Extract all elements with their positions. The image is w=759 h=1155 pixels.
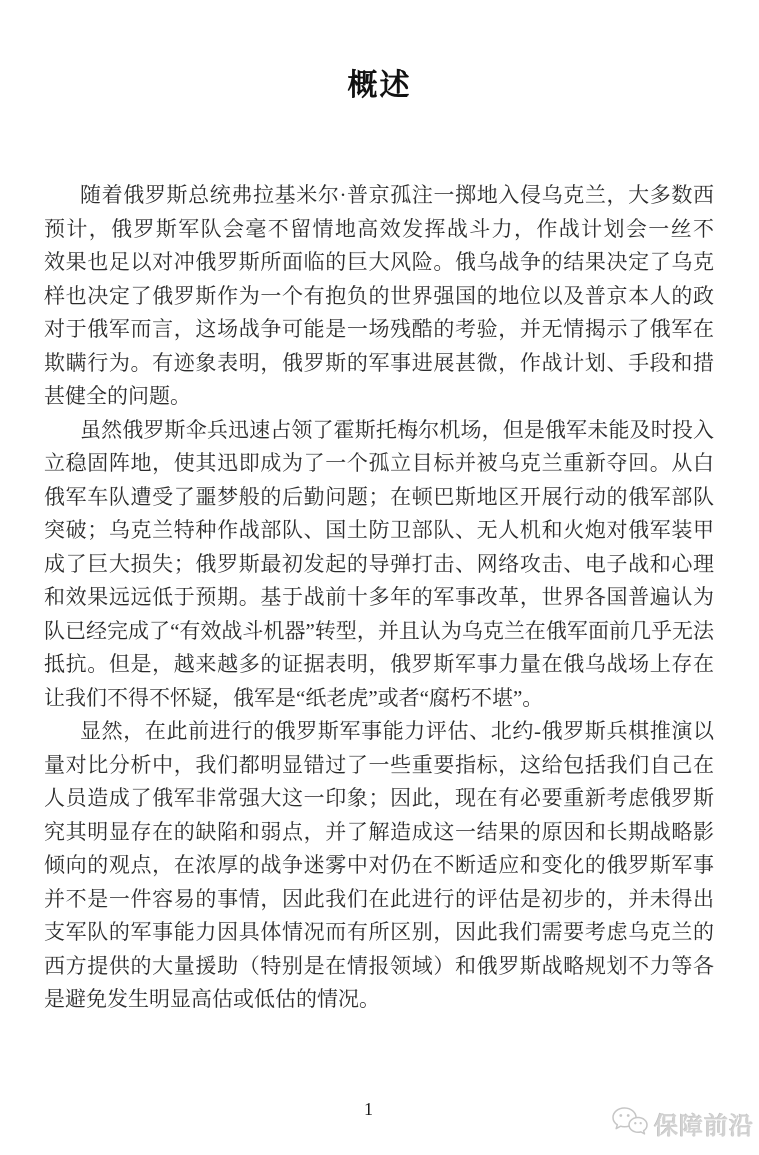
paragraph-line: 随着俄罗斯总统弗拉基米尔·普京孤注一掷地入侵乌克兰，大多数西方分析人士 — [44, 179, 714, 213]
watermark-label: 保障前沿 — [654, 1106, 754, 1141]
document-page: 概述 随着俄罗斯总统弗拉基米尔·普京孤注一掷地入侵乌克兰，大多数西方分析人士 预… — [0, 0, 759, 1155]
paragraph-line: 俄军车队遭受了噩梦般的后勤问题；在顿巴斯地区开展行动的俄军部队未能形成有效 — [44, 481, 714, 515]
watermark: 保障前沿 — [611, 1105, 754, 1141]
paragraph-line: 人员造成了俄军非常强大这一印象；因此，现在有必要重新考虑俄罗斯军事能力，研 — [44, 782, 714, 816]
paragraph-line: 欺瞒行为。有迹象表明，俄罗斯的军事进展甚微，作战计划、手段和措施也都存在不 — [44, 347, 714, 381]
wechat-icon — [611, 1105, 649, 1141]
paragraph-line: 倾向的观点，在浓厚的战争迷雾中对仍在不断适应和变化的俄罗斯军事力量进行评估， — [44, 849, 714, 883]
paragraph-line: 量对比分析中，我们都明显错过了一些重要指标，这给包括我们自己在内的军事分析 — [44, 749, 714, 783]
paragraph-line: 显然，在此前进行的俄罗斯军事能力评估、北约-俄罗斯兵棋推演以及俄乌军事力 — [44, 715, 714, 749]
paragraph-line: 预计，俄罗斯军队会毫不留情地高效发挥战斗力，作战计划会一丝不苟，其军事行动 — [44, 213, 714, 247]
paragraph-line: 让我们不得不怀疑，俄军是“纸老虎”或者“腐朽不堪”。 — [44, 682, 714, 716]
paragraph-line: 效果也足以对冲俄罗斯所面临的巨大风险。俄乌战争的结果决定了乌克兰的未来，同 — [44, 246, 714, 280]
body-text: 随着俄罗斯总统弗拉基米尔·普京孤注一掷地入侵乌克兰，大多数西方分析人士 预计，俄… — [44, 179, 714, 1017]
paragraph-line: 甚健全的问题。 — [44, 380, 714, 414]
paragraph-line: 是避免发生明显高估或低估的情况。 — [44, 983, 714, 1017]
paragraph-line: 突破；乌克兰特种作战部队、国土防卫部队、无人机和火炮对俄军装甲和后勤部队造 — [44, 514, 714, 548]
paragraph-line: 并不是一件容易的事情，因此我们在此进行的评估是初步的，并未得出最终结论。一 — [44, 883, 714, 917]
paragraph-line: 虽然俄罗斯伞兵迅速占领了霍斯托梅尔机场，但是俄军未能及时投入后续兵力建 — [44, 414, 714, 448]
paragraph-line: 立稳固阵地，使其迅即成为了一个孤立目标并被乌克兰重新夺回。从白俄罗斯出发的 — [44, 447, 714, 481]
paragraph-line: 成了巨大损失；俄罗斯最初发起的导弹打击、网络攻击、电子战和心理战行动的规模 — [44, 548, 714, 582]
page-title: 概述 — [0, 60, 759, 104]
paragraph-line: 支军队的军事能力因具体情况而有所区别，因此我们需要考虑乌克兰的强烈抵抗意志、 — [44, 916, 714, 950]
paragraph-line: 抵抗。但是，越来越多的证据表明，俄罗斯军事力量在俄乌战场上存在诸多不足，这 — [44, 648, 714, 682]
paragraph-line: 对于俄军而言，这场战争可能是一场残酷的考验，并无情揭示了俄军在平时建设中的 — [44, 313, 714, 347]
paragraph-line: 究其明显存在的缺陷和弱点，并了解造成这一结果的原因和长期战略影响。基于不同 — [44, 816, 714, 850]
paragraph-line: 和效果远远低于预期。基于战前十多年的军事改革，世界各国普遍认为俄罗斯武装部 — [44, 581, 714, 615]
paragraph-line: 西方提供的大量援助（特别是在情报领域）和俄罗斯战略规划不力等各种情况，目的 — [44, 950, 714, 984]
paragraph-line: 样也决定了俄罗斯作为一个有抱负的世界强国的地位以及普京本人的政治未来。但是 — [44, 280, 714, 314]
paragraph-line: 队已经完成了“有效战斗机器”转型，并且认为乌克兰在俄军面前几乎无法进行有效 — [44, 615, 714, 649]
